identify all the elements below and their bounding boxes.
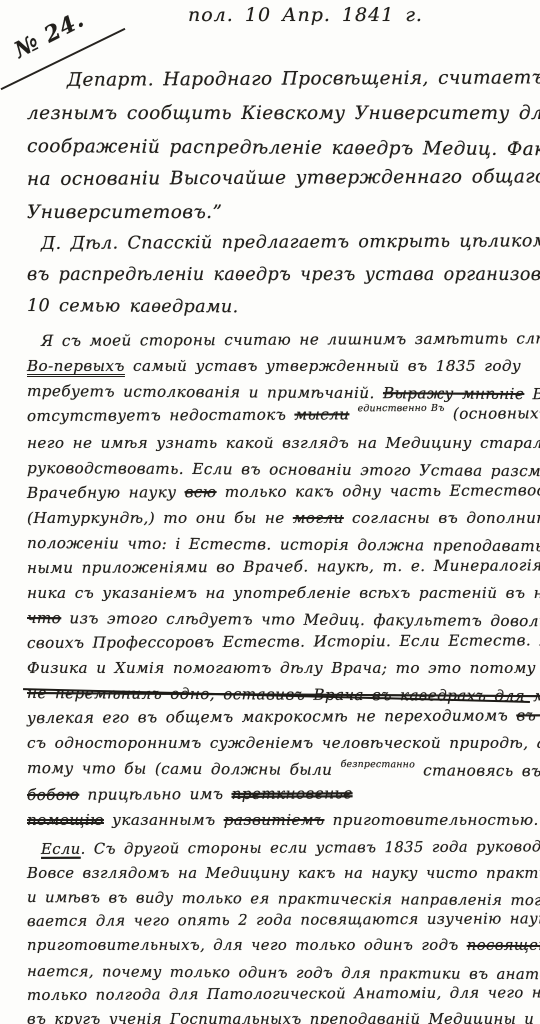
underlined-text: Во-первыхъ (27, 357, 125, 375)
manuscript-line: бобою прицѣльно имъ преткновенье (27, 780, 530, 808)
manuscript-line: Департ. Народнаго Просвѣщенія, считаетъ … (27, 61, 530, 97)
handwritten-text: нается, почему только одинъ годъ для пра… (27, 963, 540, 983)
handwritten-text: въ кругъ ученія Госпитальныхъ преподаван… (27, 1011, 540, 1024)
handwritten-text: самый уставъ утвержденный въ 1835 году (125, 357, 521, 375)
manuscript-line: лезнымъ сообщить Кіевскому Университету … (27, 97, 530, 130)
struck-text: мысли (294, 405, 349, 423)
handwritten-text: и имѣвъ въ виду только ея практическія н… (27, 889, 540, 910)
date-received-note: пол. 10 Апр. 1841 г. (188, 4, 423, 26)
interlinear-insertion: единственно Въ (358, 403, 445, 414)
manuscript-line: на основаніи Высочайше утвержденнаго общ… (27, 160, 530, 196)
handwritten-text: изъ этого слѣдуетъ что Медиц. факультетъ… (61, 609, 540, 630)
paragraph: Если. Съ другой стороны если уставъ 1835… (27, 838, 530, 1024)
manuscript-line: вается для чего опять 2 года посвящаются… (27, 907, 530, 934)
paragraph: Я съ моей стороны считаю не лишнимъ замѣ… (27, 329, 530, 833)
paragraph: Департ. Народнаго Просвѣщенія, считаетъ … (27, 64, 530, 229)
handwritten-text: Физика и Химія помогаютъ дѣлу Врача; то … (27, 659, 540, 677)
manuscript-line: приготовительныхъ, для чего только одинъ… (27, 934, 530, 960)
manuscript-line: съ одностороннимъ сужденіемъ человѣческо… (27, 731, 530, 756)
manuscript-line: въ распредѣленіи каѳедръ чрезъ устава ор… (27, 260, 530, 291)
struck-text: Выражу мнѣніе (383, 384, 524, 403)
handwritten-text: лезнымъ сообщить Кіевскому Университету … (27, 103, 540, 124)
handwritten-text: прицѣльно имъ (79, 785, 231, 804)
handwritten-text: ника съ указаніемъ на употребленіе всѣхъ… (27, 584, 540, 602)
struck-text: не перемѣнилъ одно, оставивъ Врача въ ка… (27, 684, 540, 706)
handwritten-text: руководствовать. Если въ основаніи этого… (27, 459, 540, 481)
manuscript-page: № 24. пол. 10 Апр. 1841 г. Департ. Народ… (0, 0, 540, 1024)
handwritten-text: увлекая его въ общемъ макрокосмѣ не пере… (27, 706, 516, 727)
manuscript-line: ника съ указаніемъ на употребленіе всѣхъ… (27, 581, 530, 606)
handwritten-text (349, 405, 357, 423)
handwritten-text: ными приложеніями во Врачеб. наукѣ, т. е… (27, 556, 540, 577)
handwritten-text: (основныхъ началахъ; откуда Въ (445, 403, 540, 423)
handwritten-text: вается для чего опять 2 года посвящаются… (27, 910, 540, 930)
struck-text: въ долго (516, 706, 540, 724)
handwritten-text: только полгода для Патологической Анатом… (27, 984, 540, 1004)
handwritten-text: положеніи что: і Естеств. исторія должна… (27, 534, 540, 556)
manuscript-body: Департ. Народнаго Просвѣщенія, считаетъ … (27, 54, 530, 1024)
handwritten-text: своихъ Профессоровъ Естеств. Исторіи. Ес… (27, 631, 540, 652)
handwritten-text: Врачебную науку (27, 483, 185, 502)
handwritten-text: становясь въ (415, 761, 540, 780)
handwritten-text: приготовительностью. — (324, 811, 540, 829)
handwritten-text: въ распредѣленіи каѳедръ чрезъ устава ор… (27, 265, 540, 285)
handwritten-text: 10 семью каѳедрами. (27, 296, 239, 317)
manuscript-line: 10 семью каѳедрами. (27, 291, 530, 325)
manuscript-line: отсутствуетъ недостатокъ мысли единствен… (27, 401, 530, 431)
handwritten-text: указаннымъ (104, 811, 224, 829)
struck-text: могли (293, 509, 344, 527)
handwritten-text: Д. Дѣл. Спасскій предлагаетъ открыть цѣл… (41, 231, 540, 254)
struck-text: всю (185, 483, 217, 501)
handwritten-text: приготовительныхъ, для чего только одинъ… (27, 937, 467, 954)
struck-text: преткновенье (232, 784, 353, 803)
paragraph: Д. Дѣл. Спасскій предлагаетъ открыть цѣл… (27, 229, 530, 322)
manuscript-line: своихъ Профессоровъ Естеств. Исторіи. Ес… (27, 628, 530, 656)
handwritten-text: требуетъ истолкованія и примѣчаній. (27, 382, 383, 402)
handwritten-text: Университетовъ.” (27, 202, 222, 223)
handwritten-text: только какъ одну часть Естествословія (217, 481, 540, 501)
handwritten-text: Департ. Народнаго Просвѣщенія, считаетъ … (67, 67, 540, 91)
manuscript-line: Врачебную науку всю только какъ одну час… (27, 478, 530, 506)
struck-text: бобою (27, 786, 79, 804)
manuscript-line: ными приложеніями во Врачеб. наукѣ, т. е… (27, 553, 530, 581)
handwritten-text: Я съ моей стороны считаю не лишнимъ замѣ… (41, 329, 540, 350)
manuscript-line: Физика и Химія помогаютъ дѣлу Врача; то … (27, 656, 530, 681)
handwritten-text: съ одностороннимъ сужденіемъ человѣческо… (27, 734, 540, 752)
manuscript-line: помощію указаннымъ развитіемъ приготовит… (27, 808, 530, 833)
handwritten-text: соображеній распредѣленіе каѳедръ Медиц.… (27, 136, 540, 160)
manuscript-line: въ кругъ ученія Госпитальныхъ преподаван… (27, 1008, 530, 1024)
underlined-text: Если (41, 841, 81, 858)
manuscript-line: (Натуркундѣ,) то они бы не могли согласн… (27, 506, 530, 531)
manuscript-line: только полгода для Патологической Анатом… (27, 981, 530, 1008)
manuscript-line: Если. Съ другой стороны если уставъ 1835… (27, 835, 530, 862)
struck-text: посвященъ (467, 937, 540, 954)
handwritten-text: на основаніи Высочайше утвержденнаго общ… (27, 166, 540, 190)
manuscript-line: Во-первыхъ самый уставъ утвержденный въ … (27, 354, 530, 379)
manuscript-line: увлекая его въ общемъ макрокосмѣ не пере… (27, 703, 530, 731)
interlinear-insertion: безпрестанно (341, 759, 415, 770)
handwritten-text: отсутствуетъ недостатокъ (27, 406, 295, 425)
manuscript-line: Университетовъ.” (27, 196, 530, 229)
struck-text: помощію (27, 811, 104, 829)
struck-text: что (27, 609, 61, 627)
handwritten-text: (Натуркундѣ,) то они бы не (27, 509, 293, 527)
handwritten-text: согласны въ дополнительныхъ (344, 509, 540, 527)
handwritten-text: него не имѣя узнать какой взглядъ на Мед… (27, 434, 540, 452)
handwritten-text: тому что бы (сами должны были (27, 759, 341, 779)
manuscript-line: него не имѣя узнать какой взглядъ на Мед… (27, 431, 530, 456)
handwritten-text: . Съ другой стороны если уставъ 1835 год… (81, 838, 540, 858)
handwritten-text: Вовсе взглядомъ на Медицину какъ на наук… (27, 865, 540, 882)
struck-text: развитіемъ (224, 811, 325, 829)
manuscript-line: Д. Дѣл. Спасскій предлагаетъ открыть цѣл… (27, 226, 530, 260)
manuscript-line: Я съ моей стороны считаю не лишнимъ замѣ… (27, 326, 530, 354)
manuscript-line: Вовсе взглядомъ на Медицину какъ на наук… (27, 862, 530, 886)
